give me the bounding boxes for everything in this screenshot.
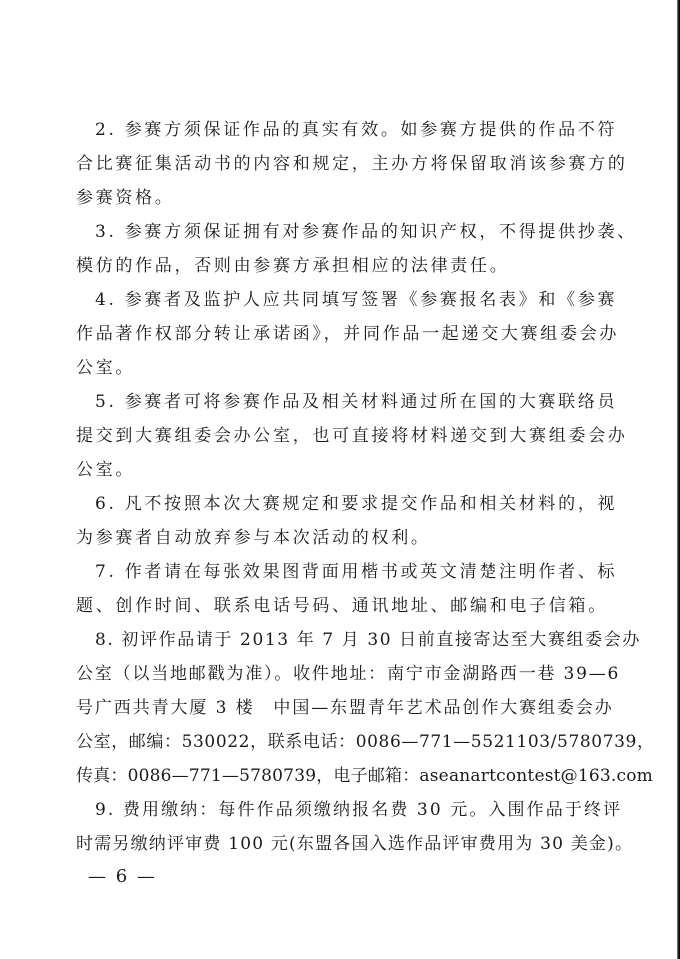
paragraph-2-line-1: 2. 参赛方须保证作品的真实有效。如参赛方提供的作品不符: [76, 113, 596, 147]
paragraph-5-line-3: 公室。: [76, 453, 596, 487]
document-body: 2. 参赛方须保证作品的真实有效。如参赛方提供的作品不符 合比赛征集活动书的内容…: [76, 113, 596, 861]
paragraph-3-line-1: 3. 参赛方须保证拥有对参赛作品的知识产权，不得提供抄袭、: [76, 215, 596, 249]
paragraph-9-line-2: 时需另缴纳评审费 100 元(东盟各国入选作品评审费用为 30 美金)。: [76, 827, 596, 861]
paragraph-8-line-1: 8. 初评作品请于 2013 年 7 月 30 日前直接寄达至大赛组委会办: [76, 623, 596, 657]
paragraph-2-line-2: 合比赛征集活动书的内容和规定，主办方将保留取消该参赛方的: [76, 147, 596, 181]
paragraph-9-line-1: 9. 费用缴纳：每件作品须缴纳报名费 30 元。入围作品于终评: [76, 793, 596, 827]
paragraph-4-line-3: 公室。: [76, 351, 596, 385]
paragraph-4-line-2: 作品著作权部分转让承诺函》，并同作品一起递交大赛组委会办: [76, 317, 596, 351]
paragraph-2-line-3: 参赛资格。: [76, 181, 596, 215]
paragraph-5-line-1: 5. 参赛者可将参赛作品及相关材料通过所在国的大赛联络员: [76, 385, 596, 419]
paragraph-4-line-1: 4. 参赛者及监护人应共同填写签署《参赛报名表》和《参赛: [76, 283, 596, 317]
page-number: — 6 —: [88, 864, 157, 890]
paragraph-8-line-3: 号广西共青大厦 3 楼 中国—东盟青年艺术品创作大赛组委会办: [76, 691, 596, 725]
paragraph-8-line-2: 公室（以当地邮戳为准）。收件地址：南宁市金湖路西一巷 39—6: [76, 657, 596, 691]
paragraph-6-line-1: 6. 凡不按照本次大赛规定和要求提交作品和相关材料的，视: [76, 487, 596, 521]
paragraph-8-line-4: 公室，邮编：530022，联系电话：0086—771—5521103/57807…: [76, 725, 596, 759]
paragraph-6-line-2: 为参赛者自动放弃参与本次活动的权利。: [76, 521, 596, 555]
paragraph-7-line-1: 7. 作者请在每张效果图背面用楷书或英文清楚注明作者、标: [76, 555, 596, 589]
paragraph-7-line-2: 题、创作时间、联系电话号码、通讯地址、邮编和电子信箱。: [76, 589, 596, 623]
document-page: 2. 参赛方须保证作品的真实有效。如参赛方提供的作品不符 合比赛征集活动书的内容…: [0, 0, 680, 959]
paragraph-5-line-2: 提交到大赛组委会办公室，也可直接将材料递交到大赛组委会办: [76, 419, 596, 453]
paragraph-3-line-2: 模仿的作品，否则由参赛方承担相应的法律责任。: [76, 249, 596, 283]
paragraph-8-line-5: 传真：0086—771—5780739，电子邮箱：aseanartcontest…: [76, 759, 596, 793]
